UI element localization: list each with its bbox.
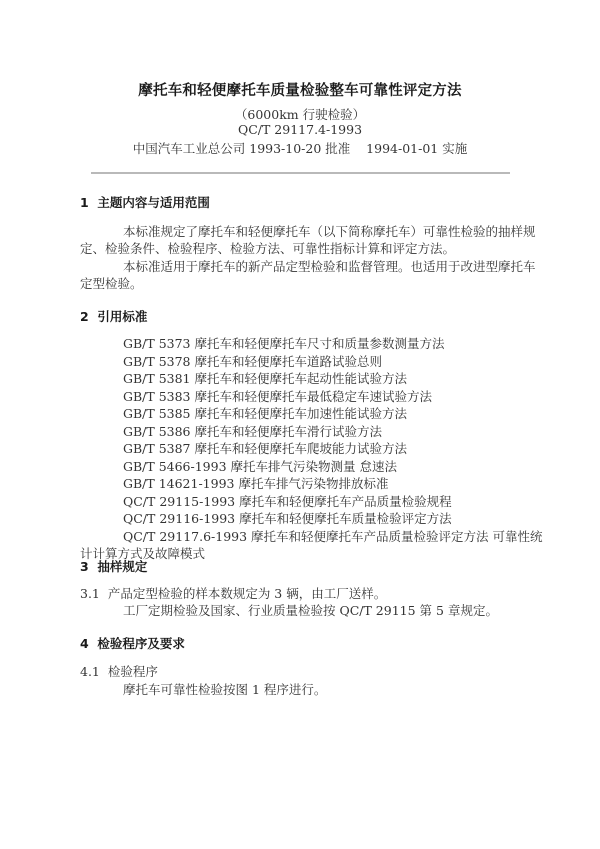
document-title: 摩托车和轻便摩托车质量检验整车可靠性评定方法 [0, 79, 600, 100]
paragraph-line: 本标准规定了摩托车和轻便摩托车（以下简称摩托车）可靠性检验的抽样规 [123, 222, 536, 240]
reference-item: QC/T 29117.6-1993 摩托车和轻便摩托车产品质量检验评定方法 可靠… [123, 527, 543, 545]
reference-item: QC/T 29116-1993 摩托车和轻便摩托车质量检验评定方法 [123, 509, 452, 527]
paragraph-line: 本标准适用于摩托车的新产品定型检验和监督管理。也适用于改进型摩托车 [123, 257, 536, 275]
reference-item: GB/T 5386 摩托车和轻便摩托车滑行试验方法 [123, 422, 382, 440]
header-divider [91, 172, 510, 174]
standard-number: QC/T 29117.4-1993 [0, 122, 600, 137]
paragraph-line: 工厂定期检验及国家、行业质量检验按 QC/T 29115 第 5 章规定。 [123, 601, 498, 619]
section-heading-2: 2 引用标准 [80, 307, 147, 325]
reference-item: GB/T 5385 摩托车和轻便摩托车加速性能试验方法 [123, 404, 407, 422]
section-heading-4: 4 检验程序及要求 [80, 634, 185, 652]
reference-item: GB/T 14621-1993 摩托车排气污染物排放标准 [123, 474, 388, 492]
paragraph-line: 定、检验条件、检验程序、检验方法、可靠性指标计算和评定方法。 [80, 239, 455, 257]
reference-item: GB/T 5466-1993 摩托车排气污染物测量 怠速法 [123, 457, 397, 475]
clause-3-1: 3.1 产品定型检验的样本数规定为 3 辆，由工厂送样。 [80, 584, 386, 602]
paragraph-line: 定型检验。 [80, 274, 143, 292]
section-heading-3: 3 抽样规定 [80, 557, 147, 575]
reference-item: GB/T 5373 摩托车和轻便摩托车尺寸和质量参数测量方法 [123, 334, 444, 352]
reference-item: GB/T 5387 摩托车和轻便摩托车爬坡能力试验方法 [123, 439, 407, 457]
clause-4-1: 4.1 检验程序 [80, 662, 158, 680]
document-subtitle: （6000km 行驶检验） [0, 105, 600, 123]
reference-item: GB/T 5383 摩托车和轻便摩托车最低稳定车速试验方法 [123, 387, 432, 405]
paragraph-line: 摩托车可靠性检验按图 1 程序进行。 [123, 680, 326, 698]
reference-item: QC/T 29115-1993 摩托车和轻便摩托车产品质量检验规程 [123, 492, 452, 510]
reference-item: GB/T 5378 摩托车和轻便摩托车道路试验总则 [123, 352, 382, 370]
issuer-line: 中国汽车工业总公司 1993-10-20 批准 1994-01-01 实施 [0, 139, 600, 157]
reference-item: GB/T 5381 摩托车和轻便摩托车起动性能试验方法 [123, 369, 407, 387]
section-heading-1: 1 主题内容与适用范围 [80, 193, 210, 211]
